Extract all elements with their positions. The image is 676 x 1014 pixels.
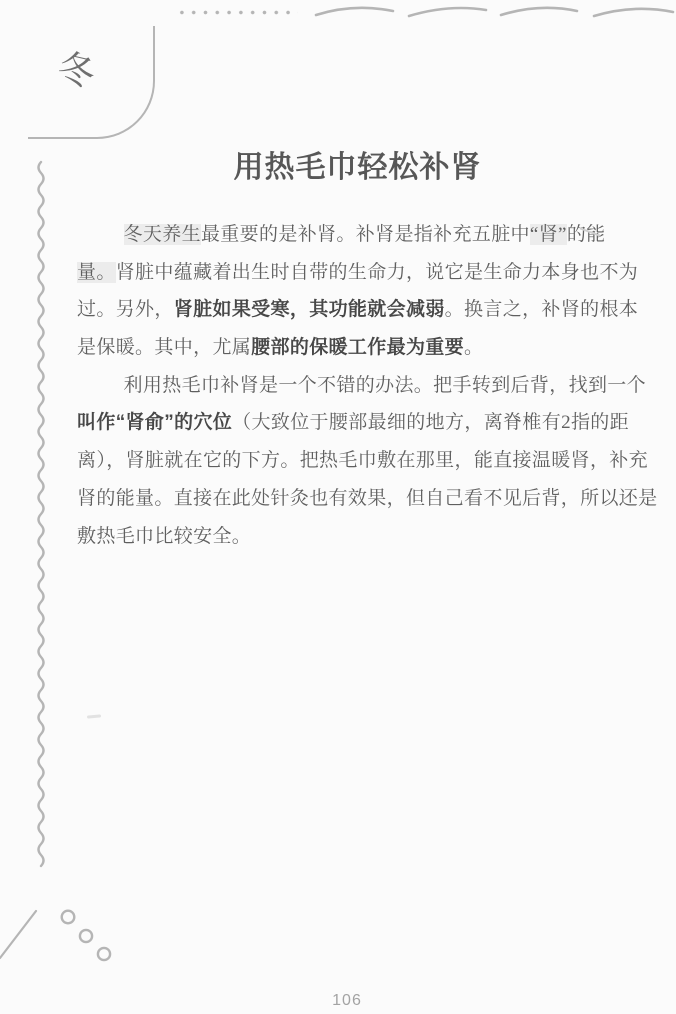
- top-dotted-border: [176, 10, 298, 15]
- text-segment: 冬天养生: [124, 224, 201, 245]
- text-segment: 肾脏中蕴藏着出生时自带的生命力，说它是生命力本身也不为: [116, 262, 638, 283]
- book-page: 冬 用热毛巾轻松补肾 冬天养生最重要的是补肾。补肾是指补充五脏中“肾”的能量。肾…: [0, 0, 676, 1014]
- text-segment: 。: [464, 337, 483, 358]
- paragraph: 利用热毛巾补肾是一个不错的办法。把手转到后背，找到一个叫作“肾俞”的穴位（大致位…: [77, 367, 638, 555]
- text-segment: 是保暖。其中，尤属: [77, 337, 251, 358]
- text-segment: 过。另外，: [77, 299, 174, 320]
- text-segment: 叫作“肾俞”的穴位: [77, 412, 232, 433]
- text-segment: （大致位于腰部最细的地方，离脊椎有2指的距: [232, 412, 629, 433]
- bottom-diagonal-line: [0, 908, 40, 960]
- text-segment: 。换言之，补肾的根本: [445, 299, 639, 320]
- text-line: 叫作“肾俞”的穴位（大致位于腰部最细的地方，离脊椎有2指的距: [77, 404, 638, 442]
- text-segment: 量。: [77, 262, 116, 283]
- text-line: 肾的能量。直接在此处针灸也有效果，但自己看不见后背，所以还是: [77, 480, 638, 518]
- text-segment: “肾”: [530, 224, 567, 245]
- text-line: 冬天养生最重要的是补肾。补肾是指补充五脏中“肾”的能: [77, 216, 638, 254]
- text-segment: 肾脏如果受寒，其功能就会减弱: [174, 299, 445, 320]
- body-text: 冬天养生最重要的是补肾。补肾是指补充五脏中“肾”的能量。肾脏中蕴藏着出生时自带的…: [77, 216, 638, 555]
- left-wavy-border: [34, 160, 48, 868]
- text-line: 利用热毛巾补肾是一个不错的办法。把手转到后背，找到一个: [77, 367, 638, 405]
- text-segment: 利用热毛巾补肾是一个不错的办法。把手转到后背，找到一个: [124, 375, 646, 396]
- text-segment: 敷热毛巾比较安全。: [77, 526, 251, 547]
- top-scalloped-border: [310, 2, 676, 20]
- text-segment: 离），肾脏就在它的下方。把热毛巾敷在那里，能直接温暖肾，补充: [77, 450, 648, 471]
- text-segment: 最重要的是补肾。补肾是指补充五脏中: [201, 224, 530, 245]
- text-line: 离），肾脏就在它的下方。把热毛巾敷在那里，能直接温暖肾，补充: [77, 442, 638, 480]
- text-segment: 腰部的保暖工作最为重要: [251, 337, 464, 358]
- text-line: 是保暖。其中，尤属腰部的保暖工作最为重要。: [77, 329, 638, 367]
- text-line: 量。肾脏中蕴藏着出生时自带的生命力，说它是生命力本身也不为: [77, 254, 638, 292]
- text-segment: 肾的能量。直接在此处针灸也有效果，但自己看不见后背，所以还是: [77, 488, 658, 509]
- page-title: 用热毛巾轻松补肾: [77, 142, 638, 186]
- bottom-circles-decoration: [54, 904, 116, 966]
- page-number: 106: [18, 992, 676, 1010]
- paragraph: 冬天养生最重要的是补肾。补肾是指补充五脏中“肾”的能量。肾脏中蕴藏着出生时自带的…: [77, 216, 638, 367]
- text-line: 过。另外，肾脏如果受寒，其功能就会减弱。换言之，补肾的根本: [77, 291, 638, 329]
- smudge-artifact: [87, 714, 101, 718]
- text-line: 敷热毛巾比较安全。: [77, 518, 638, 556]
